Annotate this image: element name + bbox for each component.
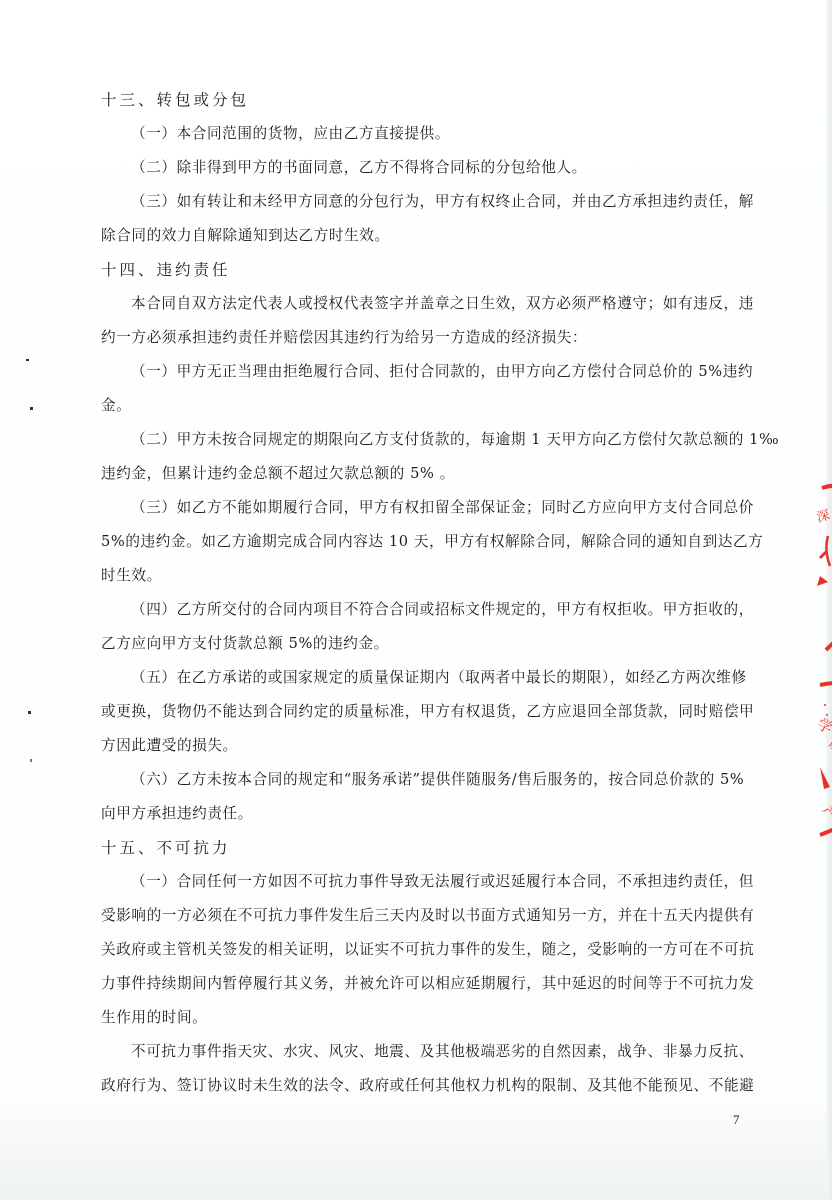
clause-14-2-line-1: （二）甲方未按合同规定的期限向乙方支付货款的，每逾期 1 天甲方向乙方偿付欠款总… [101,428,739,462]
clause-14-1-line-2: 金。 [101,394,739,428]
clause-14-2-line-2: 违约金，但累计违约金总额不超过欠款总额的 5% 。 [101,462,739,496]
section-14-intro-line-2: 约一方必须承担违约责任并赔偿因其违约行为给另一方造成的经济损失： [101,326,739,360]
force-majeure-definition-line-1: 不可抗力事件指天灾、水灾、风灾、地震、及其他极端恶劣的自然因素，战争、非暴力反抗… [101,1040,739,1074]
clause-13-3-line-2: 除合同的效力自解除通知到达乙方时生效。 [101,224,739,258]
clause-15-1-line-4: 力事件持续期间内暂停履行其义务，并被允许可以相应延期履行，其中延迟的时间等于不可… [101,972,739,1006]
section-heading-13: 十三、转包或分包 [101,88,739,122]
section-heading-15: 十五、不可抗力 [101,836,739,870]
force-majeure-definition-line-2: 政府行为、签订协议时未生效的法令、政府或任何其他权力机构的限制、及其他不能预见、… [101,1074,739,1108]
document-page: 十三、转包或分包 （一）本合同范围的货物，应由乙方直接提供。 （二）除非得到甲方… [0,0,832,1200]
svg-text:深: 深 [815,508,831,526]
scan-speck [26,359,29,361]
clause-14-3-line-1: （三）如乙方不能如期履行合同，甲方有权扣留全部保证金；同时乙方应向甲方支付合同总… [101,496,739,530]
scan-speck [30,407,33,410]
page-number: 7 [733,1112,740,1128]
red-seal-upper-fragment: 深 [784,480,832,655]
clause-14-5-line-3: 方因此遭受的损失。 [101,734,739,768]
section-heading-14: 十四、违约责任 [101,258,739,292]
clause-13-2: （二）除非得到甲方的书面同意，乙方不得将合同标的分包给他人。 [101,156,739,190]
scan-speck [30,759,32,762]
clause-14-4-line-1: （四）乙方所交付的合同内项目不符合合同或招标文件规定的，甲方有权拒收。甲方拒收的… [101,598,739,632]
clause-13-3-line-1: （三）如有转让和未经甲方同意的分包行为，甲方有权终止合同，并由乙方承担违约责任，… [101,190,739,224]
red-seal-lower-fragment: 学 院 产 [784,675,832,840]
clause-14-1-line-1: （一）甲方无正当理由拒绝履行合同、拒付合同款的，由甲方向乙方偿付合同总价的 5%… [101,360,739,394]
clause-15-1-line-3: 关政府或主管机关签发的相关证明，以证实不可抗力事件的发生，随之，受影响的一方可在… [101,938,739,972]
clause-15-1-line-2: 受影响的一方必须在不可抗力事件发生后三天内及时以书面方式通知另一方，并在十五天内… [101,904,739,938]
clause-14-6-line-1: （六）乙方未按本合同的规定和“服务承诺”提供伴随服务/售后服务的，按合同总价款的… [101,768,739,802]
seal-stamp-icon: 学 院 产 [784,675,832,840]
svg-text:院: 院 [825,737,832,757]
clause-15-1-line-1: （一）合同任何一方如因不可抗力事件导致无法履行或迟延履行本合同，不承担违约责任，… [101,870,739,904]
clause-14-3-line-3: 时生效。 [101,564,739,598]
clause-14-6-line-2: 向甲方承担违约责任。 [101,802,739,836]
clause-14-5-line-2: 或更换，货物仍不能达到合同约定的质量标准，甲方有权退货，乙方应退回全部货款，同时… [101,700,739,734]
clause-13-1: （一）本合同范围的货物，应由乙方直接提供。 [101,122,739,156]
contract-body: 十三、转包或分包 （一）本合同范围的货物，应由乙方直接提供。 （二）除非得到甲方… [101,88,739,1108]
seal-stamp-icon: 深 [784,480,832,655]
clause-14-4-line-2: 乙方应向甲方支付货款总额 5%的违约金。 [101,632,739,666]
section-14-intro-line-1: 本合同自双方法定代表人或授权代表签字并盖章之日生效，双方必须严格遵守；如有违反，… [101,292,739,326]
svg-text:学: 学 [814,715,832,738]
clause-14-3-line-2: 5%的违约金。如乙方逾期完成合同内容达 10 天，甲方有权解除合同，解除合同的通… [101,530,739,564]
clause-14-5-line-1: （五）在乙方承诺的或国家规定的质量保证期内（取两者中最长的期限），如经乙方两次维… [101,666,739,700]
clause-15-1-line-5: 生作用的时间。 [101,1006,739,1040]
svg-text:产: 产 [819,803,832,823]
scan-speck [28,711,31,714]
